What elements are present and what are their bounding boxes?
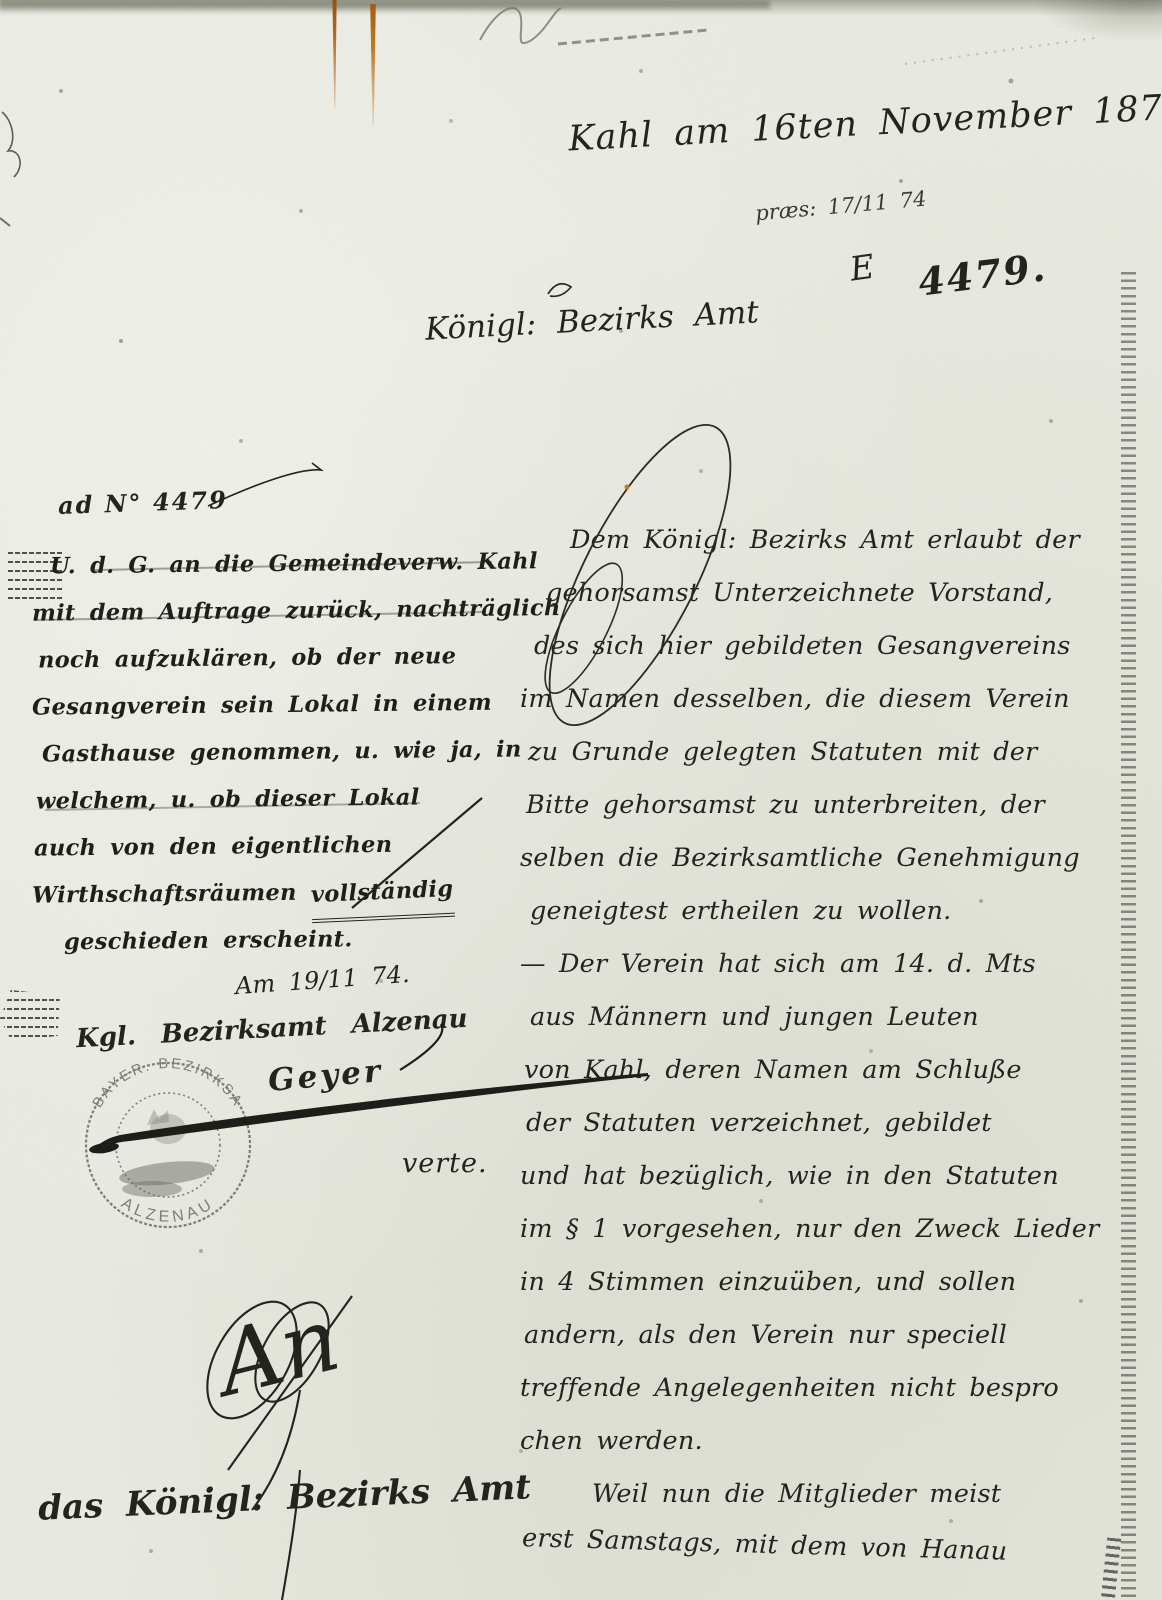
body-line: von Kahl, deren Namen am Schluße <box>520 1044 1160 1097</box>
stamp-emblem <box>150 1114 186 1144</box>
body-line: geneigtest ertheilen zu wollen. <box>520 885 1160 938</box>
registry-number: 4479. <box>916 244 1050 304</box>
abbreviation-flourish <box>548 284 571 297</box>
body-line: im Namen desselben, die diesem Verein <box>520 673 1160 726</box>
body-line: der Statuten verzeichnet, gebildet <box>520 1097 1160 1150</box>
body-line: Bitte gehorsamst zu unterbreiten, der <box>520 779 1160 832</box>
address-salutation-flourish: An <box>207 1287 349 1416</box>
verte-note: verte. <box>402 1148 488 1179</box>
paper-speckles <box>0 0 2 2</box>
dateline: Kahl am 16ten November 1874. <box>567 87 1162 160</box>
edge-ink-mark <box>0 218 10 226</box>
margin-note-line: noch aufzuklären, ob der neue <box>30 632 535 684</box>
margin-note-line: auch von den eigentlichen <box>30 820 535 872</box>
official-signature: Geyer <box>267 1053 385 1099</box>
paper-fleck <box>625 485 630 490</box>
body-line: — Der Verein hat sich am 14. d. Mts <box>520 938 1160 991</box>
stamp-emblem-crown <box>147 1109 169 1125</box>
stamp-smudge <box>118 1157 216 1189</box>
margin-note-line: welchem, u. ob dieser Lokal <box>30 773 535 825</box>
official-seal-stamp: K. BAYER. BEZIRKSAMT ALZENAU <box>86 1056 250 1227</box>
margin-note-line: Wirthschaftsräumenvollständig <box>30 867 535 919</box>
letter-body: Dem Königl: Bezirks Amt erlaubt der geho… <box>520 514 1160 1574</box>
body-line: zu Grunde gelegten Statuten mit der <box>520 726 1160 779</box>
praesentatum-note: præs: 17/11 74 <box>754 187 927 226</box>
body-line: in 4 Stimmen einzuüben, und sollen <box>520 1256 1160 1309</box>
margin-note-text: Wirthschaftsräumen <box>32 880 297 909</box>
svg-text:ALZENAU: ALZENAU <box>118 1195 218 1226</box>
ink-stain <box>369 4 377 126</box>
address-line: das Königl: Bezirks Amt <box>37 1467 531 1528</box>
stamp-ring-text-top: K. BAYER. BEZIRKSAMT <box>86 1056 245 1149</box>
scan-corner-smudge <box>1032 0 1162 42</box>
issuing-office-line: Kgl. Bezirksamt Alzenau <box>75 1004 468 1054</box>
body-line: Dem Königl: Bezirks Amt erlaubt der <box>520 514 1160 567</box>
edge-ink-squiggle <box>2 112 20 177</box>
pencil-dashed-stroke <box>558 30 708 44</box>
pen-stroke-blob <box>88 1141 119 1155</box>
registry-letter: E <box>847 247 876 289</box>
margin-note: U. d. G. an die Gemeindeverw. Kahl mit d… <box>30 541 535 964</box>
margin-note-line: Gesangverein sein Lokal in einem <box>30 679 535 731</box>
disposition-date: Am 19/11 74. <box>234 960 410 1000</box>
archive-hatch-mark <box>0 990 60 1042</box>
body-line: Weil nun die Mitglieder meist <box>520 1468 1160 1521</box>
scan-top-shadow-dark <box>0 0 770 9</box>
body-line: gehorsamst Unterzeichnete Vorstand, <box>520 567 1160 620</box>
body-line: aus Männern und jungen Leuten <box>520 991 1160 1044</box>
scanned-letter-page: Kahl am 16ten November 1874. præs: 17/11… <box>0 0 1162 1600</box>
stamp-ring-text-bottom: ALZENAU <box>118 1195 218 1226</box>
svg-text:K. BAYER. BEZIRKSAMT: K. BAYER. BEZIRKSAMT <box>86 1056 245 1149</box>
body-line: des sich hier gebildeten Gesangvereins <box>520 620 1160 673</box>
body-line: treffende Angelegenheiten nicht bespro <box>520 1362 1160 1415</box>
body-line: andern, als den Verein nur speciell <box>520 1309 1160 1362</box>
body-line: erst Samstags, mit dem von Hanau <box>519 1512 1160 1583</box>
body-line: und hat bezüglich, wie in den Statuten <box>520 1150 1160 1203</box>
margin-note-line: U. d. G. an die Gemeindeverw. Kahl <box>30 538 535 590</box>
margin-note-line: Gasthause genommen, u. wie ja, in <box>30 726 535 778</box>
recipient-heading: Königl: Bezirks Amt <box>424 294 759 347</box>
margin-reference-number: ad N° 4479 <box>58 485 229 520</box>
body-line: im § 1 vorgesehen, nur den Zweck Lieder <box>520 1203 1160 1256</box>
margin-note-line: mit dem Auftrage zurück, nachträglich <box>30 585 535 637</box>
stamp-smudge <box>122 1181 182 1197</box>
margin-note-line: geschieden erscheint. <box>30 914 535 966</box>
body-line: chen werden. <box>520 1415 1160 1468</box>
body-line: selben die Bezirksamtliche Genehmigung <box>520 832 1160 885</box>
ink-stain <box>331 0 338 108</box>
